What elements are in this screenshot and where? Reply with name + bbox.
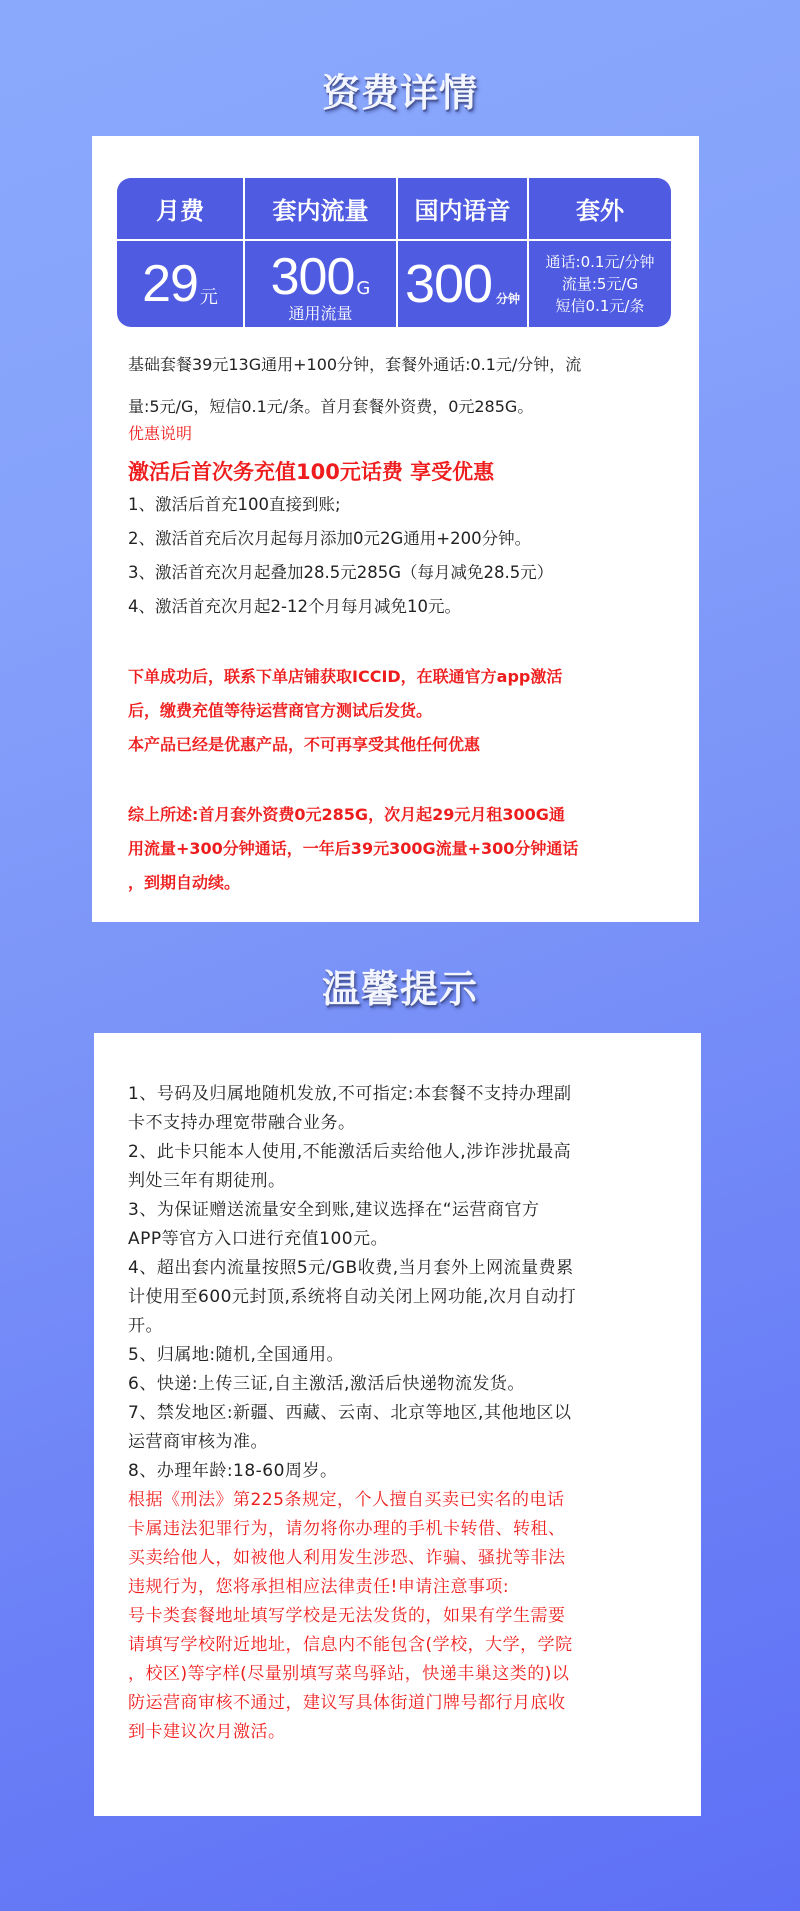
text-line: ，到期自动续。 [128, 866, 673, 900]
monthly-fee-value: 29 [142, 258, 198, 310]
tip-line: 3、为保证赠送流量安全到账,建议选择在“运营商官方 [128, 1196, 673, 1225]
warning-line: 号卡类套餐地址填写学校是无法发货的，如果有学生需要 [128, 1602, 673, 1631]
header-monthly-fee: 月费 [117, 178, 243, 239]
promo-items-list: 1、激活后首充100直接到账; 2、激活首充后次月起每月添加0元2G通用+200… [128, 488, 673, 624]
tip-line: 1、号码及归属地随机发放,不可指定:本套餐不支持办理副 [128, 1080, 673, 1109]
tip-line: 卡不支持办理宽带融合业务。 [128, 1109, 673, 1138]
tip-line: 2、此卡只能本人使用,不能激活后卖给他人,涉诈涉扰最高 [128, 1138, 673, 1167]
header-domestic-voice: 国内语音 [398, 178, 527, 239]
legal-warning: 根据《刑法》第225条规定，个人擅自买卖已实名的电话 卡属违法犯罪行为，请勿将你… [128, 1486, 673, 1747]
tip-line: APP等官方入口进行充值100元。 [128, 1225, 673, 1254]
overage-call-rate: 通话:0.1元/分钟 [546, 251, 655, 273]
plan-summary-table: 月费 套内流量 国内语音 套外 29 元 300 G 通用流量 300 分钟 通… [117, 178, 671, 327]
voice-minutes-value: 300 [405, 257, 492, 311]
header-overage: 套外 [529, 178, 671, 239]
promo-headline: 激活后首次务充值100元话费 享受优惠 [128, 456, 673, 488]
included-data-cell: 300 G 通用流量 [245, 241, 396, 327]
warning-line: 违规行为，您将承担相应法律责任!申请注意事项: [128, 1573, 673, 1602]
monthly-fee-unit: 元 [200, 283, 218, 309]
voice-minutes-unit: 分钟 [496, 290, 520, 307]
warning-line: 请填写学校附近地址，信息内不能包含(学校，大学，学院 [128, 1631, 673, 1660]
tip-line: 4、超出套内流量按照5元/GB收费,当月套外上网流量费累 [128, 1254, 673, 1283]
promo-label: 优惠说明 [128, 421, 673, 447]
monthly-fee-cell: 29 元 [117, 241, 243, 327]
tariff-card: 月费 套内流量 国内语音 套外 29 元 300 G 通用流量 300 分钟 通… [92, 136, 699, 922]
overage-data-rate: 流量:5元/G [562, 273, 638, 295]
warning-line: 到卡建议次月激活。 [128, 1718, 673, 1747]
text-line: 用流量+300分钟通话，一年后39元300G流量+300分钟通话 [128, 832, 673, 866]
tip-line: 5、归属地:随机,全国通用。 [128, 1341, 673, 1370]
tips-title: 温馨提示 [0, 958, 800, 1013]
tip-line: 运营商审核为准。 [128, 1428, 673, 1457]
tip-line: 计使用至600元封顶,系统将自动关闭上网功能,次月自动打 [128, 1283, 673, 1312]
list-item: 4、激活首充次月起2-12个月每月减免10元。 [128, 590, 673, 624]
warning-line: 卡属违法犯罪行为，请勿将你办理的手机卡转借、转租、 [128, 1515, 673, 1544]
list-item: 2、激活首充后次月起每月添加0元2G通用+200分钟。 [128, 522, 673, 556]
text-line: 本产品已经是优惠产品，不可再享受其他任何优惠 [128, 728, 673, 762]
text-line: 下单成功后，联系下单店铺获取ICCID，在联通官方app激活 [128, 660, 673, 694]
activation-notice: 下单成功后，联系下单店铺获取ICCID，在联通官方app激活 后，缴费充值等待运… [128, 660, 673, 762]
tips-card: 1、号码及归属地随机发放,不可指定:本套餐不支持办理副 卡不支持办理宽带融合业务… [94, 1033, 701, 1816]
tariff-details-title: 资费详情 [0, 62, 800, 117]
tip-line: 判处三年有期徒刑。 [128, 1167, 673, 1196]
included-data-unit: G [356, 278, 370, 299]
tip-line: 7、禁发地区:新疆、西藏、云南、北京等地区,其他地区以 [128, 1399, 673, 1428]
text-line: 后，缴费充值等待运营商官方测试后发货。 [128, 694, 673, 728]
text-line: 综上所述:首月套外资费0元285G，次月起29元月租300G通 [128, 798, 673, 832]
base-plan-description: 基础套餐39元13G通用+100分钟，套餐外通话:0.1元/分钟，流 量:5元/… [128, 344, 673, 428]
tip-line: 8、办理年龄:18-60周岁。 [128, 1457, 673, 1486]
included-data-value: 300 [271, 251, 355, 303]
warning-line: 根据《刑法》第225条规定，个人擅自买卖已实名的电话 [128, 1486, 673, 1515]
warning-line: ，校区)等字样(尽量别填写菜鸟驿站，快递丰巢这类的)以 [128, 1660, 673, 1689]
warning-line: 买卖给他人，如被他人利用发生涉恐、诈骗、骚扰等非法 [128, 1544, 673, 1573]
domestic-voice-cell: 300 分钟 [398, 241, 527, 327]
header-included-data: 套内流量 [245, 178, 396, 239]
included-data-note: 通用流量 [288, 301, 352, 324]
list-item: 1、激活后首充100直接到账; [128, 488, 673, 522]
list-item: 3、激活首充次月起叠加28.5元285G（每月减免28.5元） [128, 556, 673, 590]
overage-rates-cell: 通话:0.1元/分钟 流量:5元/G 短信0.1元/条 [529, 241, 671, 327]
tips-list: 1、号码及归属地随机发放,不可指定:本套餐不支持办理副 卡不支持办理宽带融合业务… [128, 1080, 673, 1747]
summary-text: 综上所述:首月套外资费0元285G，次月起29元月租300G通 用流量+300分… [128, 798, 673, 900]
warning-line: 防运营商审核不通过，建议写具体街道门牌号都行月底收 [128, 1689, 673, 1718]
tip-line: 开。 [128, 1312, 673, 1341]
text-line: 基础套餐39元13G通用+100分钟，套餐外通话:0.1元/分钟，流 [128, 344, 673, 386]
tip-line: 6、快递:上传三证,自主激活,激活后快递物流发货。 [128, 1370, 673, 1399]
overage-sms-rate: 短信0.1元/条 [556, 295, 645, 317]
